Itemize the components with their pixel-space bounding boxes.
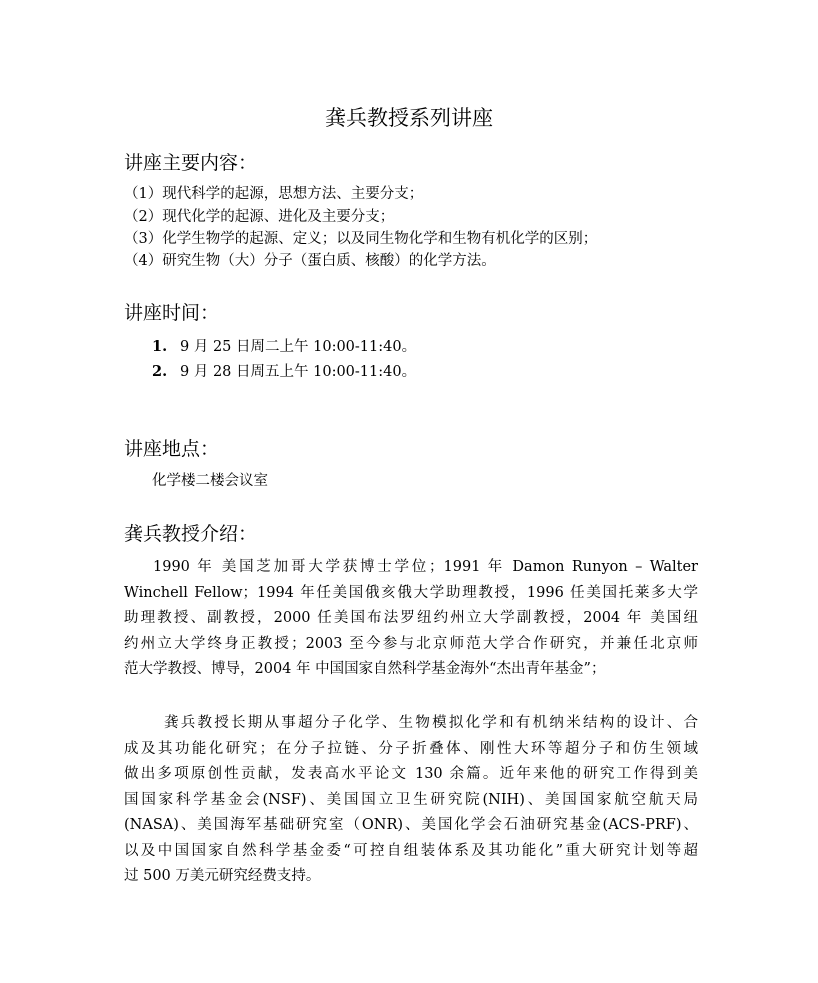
paragraph-line: 龚兵教授长期从事超分子化学、生物模拟化学和有机纳米结构的设计、合 — [124, 711, 698, 737]
list-number: 2. — [152, 361, 180, 383]
list-number: 1. — [152, 336, 180, 358]
bio-heading: 龚兵教授介绍： — [124, 521, 257, 547]
time-item: 2.9 月 28 日周五上午 10:00-11:40。 — [152, 361, 416, 383]
paragraph-line: 范大学教授、博导，2004 年 中国国家自然科学基金海外“杰出青年基金”； — [124, 657, 698, 683]
paragraph-line: 过 500 万美元研究经费支持。 — [124, 864, 698, 890]
time-text: 9 月 25 日周二上午 10:00-11:40。 — [180, 339, 416, 355]
content-heading: 讲座主要内容： — [124, 150, 257, 176]
paragraph-line: 约州立大学终身正教授；2003 至今参与北京师范大学合作研究，并兼任北京师 — [124, 632, 698, 658]
paragraph-line: 助理教授、副教授，2000 任美国布法罗纽约州立大学副教授，2004 年 美国纽 — [124, 606, 698, 632]
paragraph-line: 国国家科学基金会(NSF)、美国国立卫生研究院(NIH)、美国国家航空航天局 — [124, 788, 698, 814]
place-heading: 讲座地点： — [124, 436, 219, 462]
paragraph-line: 成及其功能化研究；在分子拉链、分子折叠体、刚性大环等超分子和仿生领域 — [124, 737, 698, 763]
paragraph-line: (NASA)、美国海军基础研究室（ONR)、美国化学会石油研究基金(ACS-PR… — [124, 813, 698, 839]
time-heading: 讲座时间： — [124, 300, 219, 326]
content-item: （1）现代科学的起源，思想方法、主要分支； — [124, 183, 423, 205]
bio-paragraph-1: 1990 年 美国芝加哥大学获博士学位；1991 年 Damon Runyon … — [124, 555, 698, 683]
time-item: 1.9 月 25 日周二上午 10:00-11:40。 — [152, 336, 416, 358]
page-title: 龚兵教授系列讲座 — [0, 104, 818, 132]
paragraph-line: 1990 年 美国芝加哥大学获博士学位；1991 年 Damon Runyon … — [124, 555, 698, 581]
content-item: （2）现代化学的起源、进化及主要分支； — [124, 206, 394, 228]
place-text: 化学楼二楼会议室 — [152, 470, 268, 492]
paragraph-line: 以及中国国家自然科学基金委“可控自组装体系及其功能化”重大研究计划等超 — [124, 839, 698, 865]
time-text: 9 月 28 日周五上午 10:00-11:40。 — [180, 364, 416, 380]
paragraph-line: Winchell Fellow；1994 年任美国俄亥俄大学助理教授，1996 … — [124, 581, 698, 607]
content-item: （3）化学生物学的起源、定义；以及同生物化学和生物有机化学的区别； — [124, 228, 597, 250]
content-item: （4）研究生物（大）分子（蛋白质、核酸）的化学方法。 — [124, 250, 496, 272]
bio-paragraph-2: 龚兵教授长期从事超分子化学、生物模拟化学和有机纳米结构的设计、合 成及其功能化研… — [124, 711, 698, 890]
paragraph-line: 做出多项原创性贡献，发表高水平论文 130 余篇。近年来他的研究工作得到美 — [124, 762, 698, 788]
